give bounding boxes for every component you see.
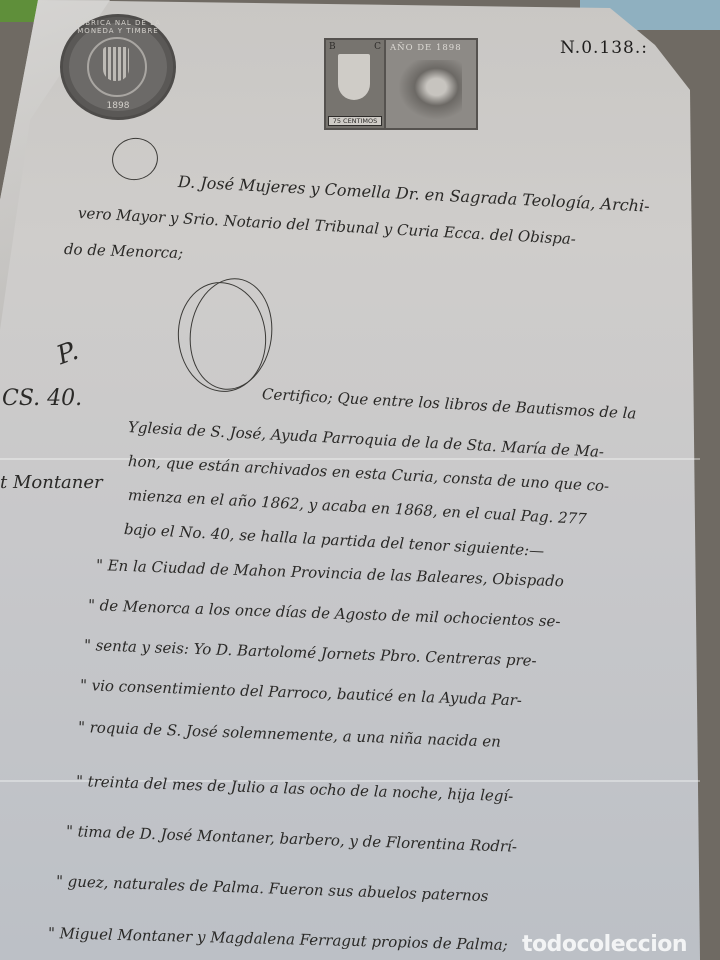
revenue-stamp: B C 75 CENTIMOS AÑO DE 1898	[324, 38, 478, 130]
allegorical-figure-icon	[398, 60, 462, 120]
stamp-corner-right: C	[374, 42, 381, 52]
margin-note: CS. 40.	[2, 386, 82, 411]
stamp-value: 75 CENTIMOS	[328, 116, 382, 126]
stamp-year: AÑO DE 1898	[390, 43, 462, 53]
embossed-seal: FABRICA NAL DE LA MONEDA Y TIMBRE 1898	[60, 14, 176, 120]
serial-number: N.0.138.:	[560, 38, 648, 58]
seal-year: 1898	[63, 101, 173, 111]
background-green-object	[0, 0, 40, 22]
coat-of-arms-icon	[103, 47, 129, 81]
margin-note: t Montaner	[0, 472, 103, 493]
stamp-corner-left: B	[329, 42, 336, 52]
seal-text: FABRICA NAL DE LA MONEDA Y TIMBRE	[63, 19, 173, 35]
watermark: todocoleccion	[522, 932, 687, 957]
shield-icon	[338, 54, 370, 100]
stamp-shield-panel: B C 75 CENTIMOS	[326, 40, 386, 128]
